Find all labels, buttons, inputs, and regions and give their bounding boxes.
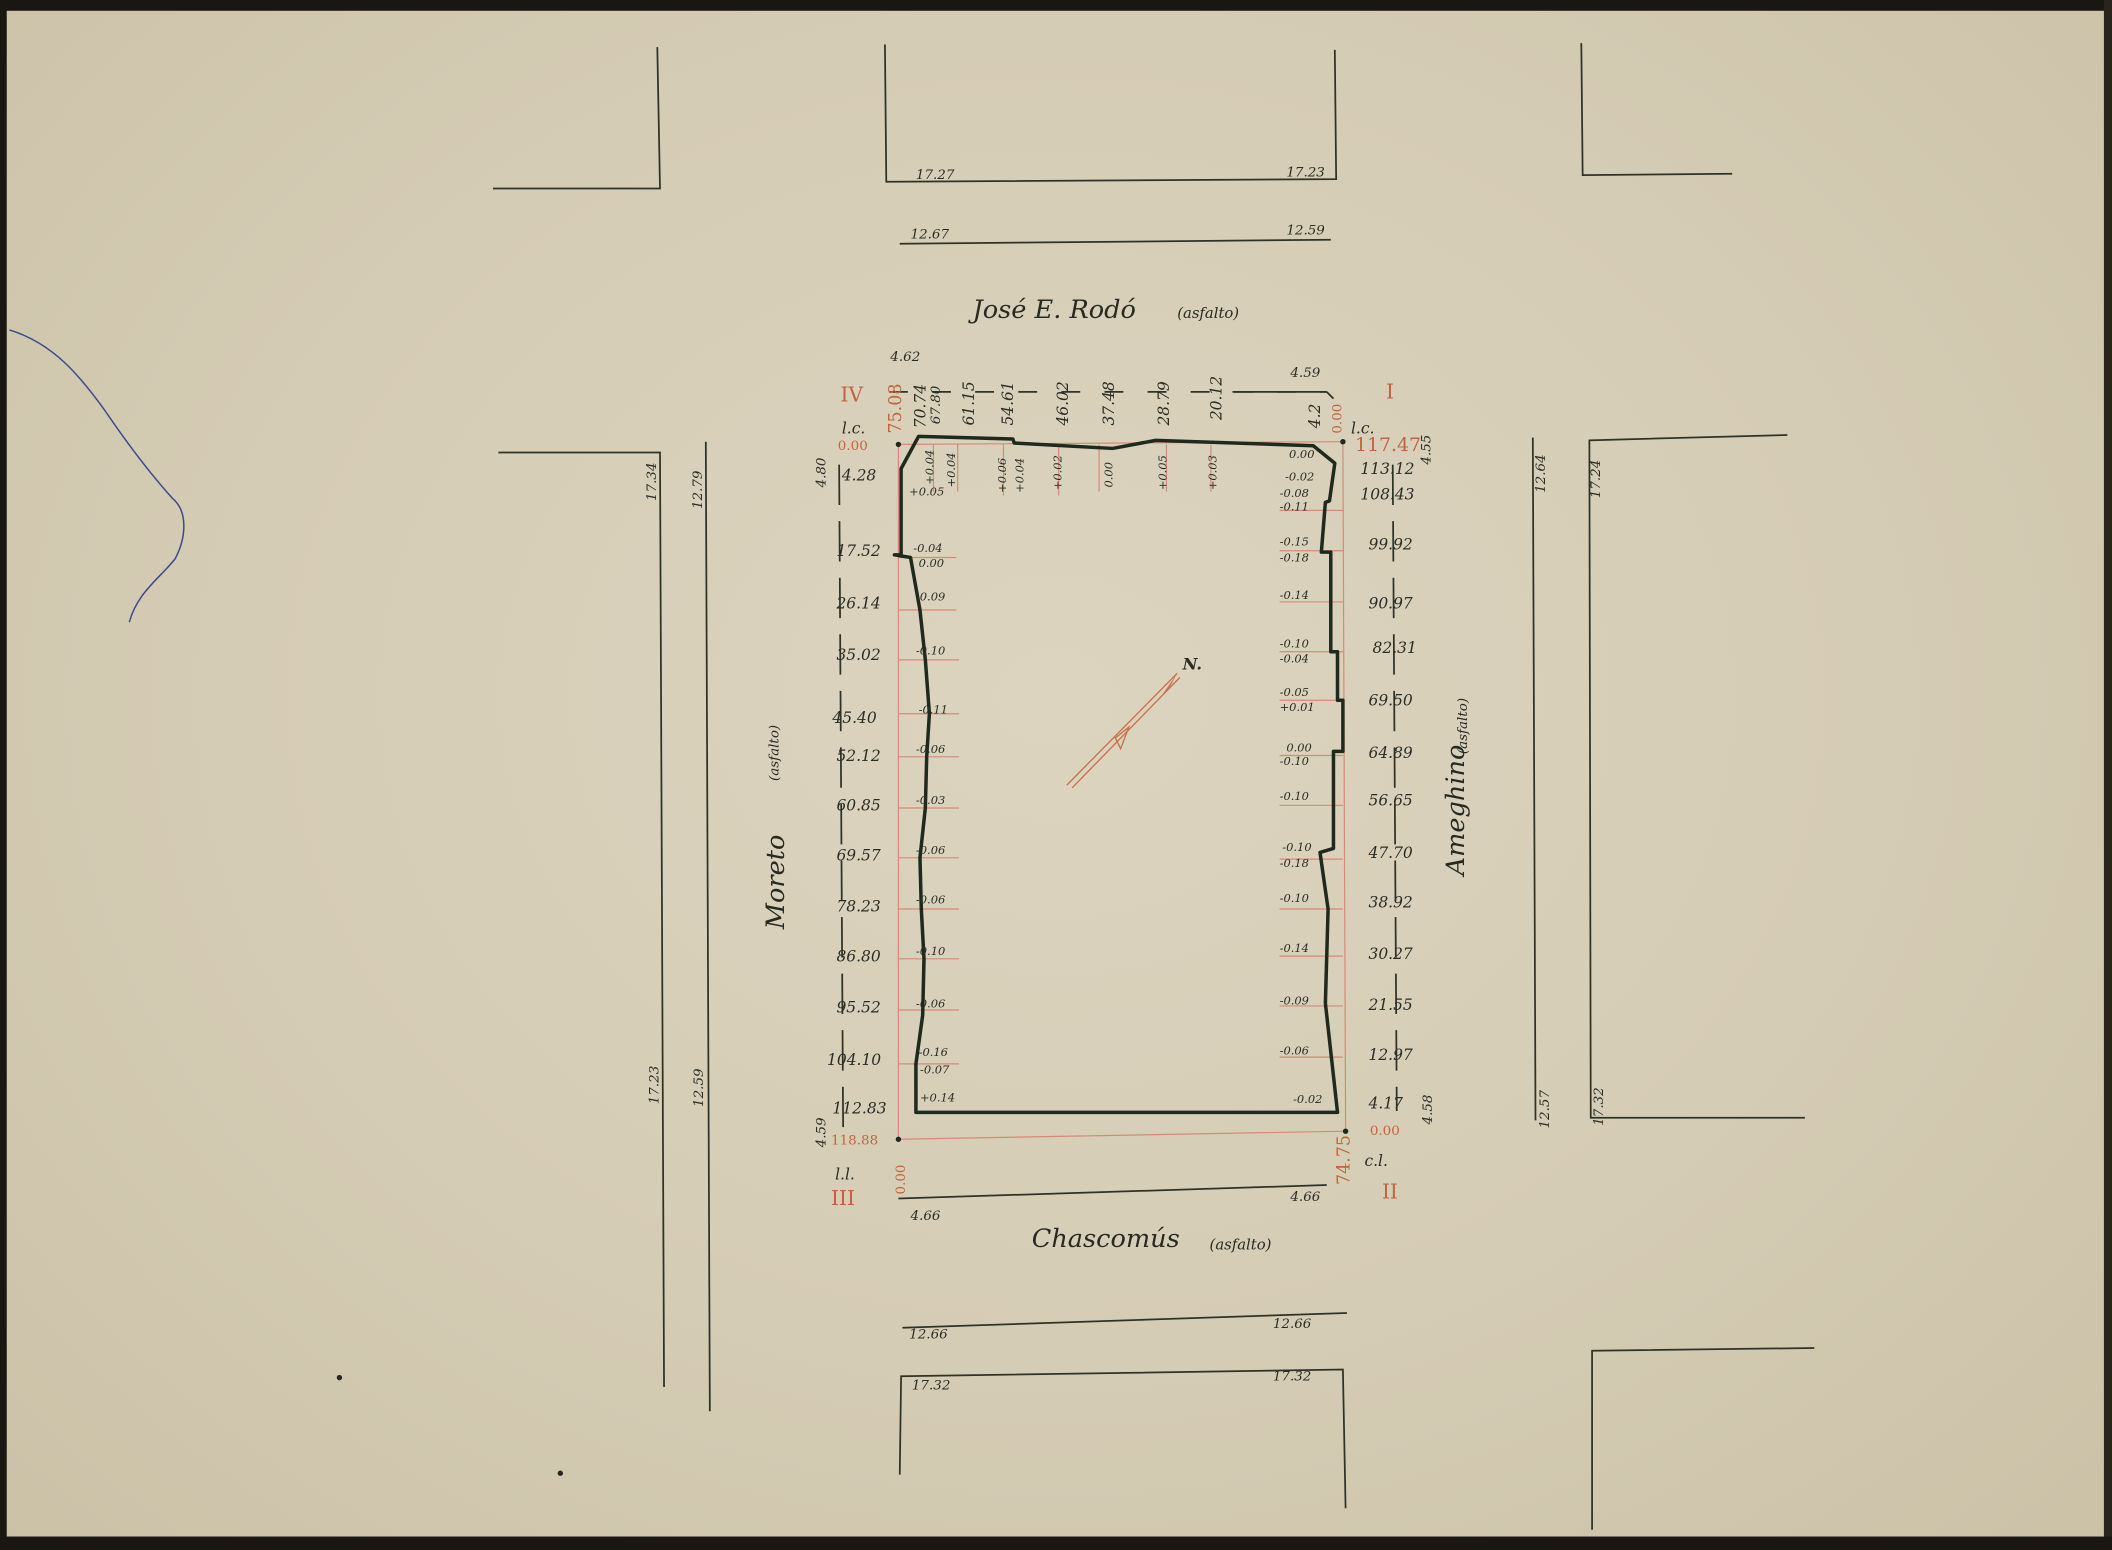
corner-dot-ii: [1343, 1128, 1348, 1133]
left-deviation: 0.00: [919, 556, 944, 570]
corner-iii-total: 118.88: [831, 1134, 878, 1149]
left-deviation: -0.09: [916, 590, 945, 604]
right-deviation: -0.15: [1280, 534, 1309, 548]
right-station: 30.27: [1368, 945, 1412, 963]
corner-label-iv: IV: [840, 382, 863, 406]
label-top-curb-left: 12.67: [911, 227, 950, 242]
label-bottom-curb-right: 12.66: [1273, 1317, 1312, 1332]
corner-label-iii: III: [831, 1186, 855, 1210]
right-deviation: -0.10: [1282, 840, 1311, 854]
corner-i-value: 0.00: [1331, 404, 1346, 434]
corner-ii-value: 0.00: [1370, 1124, 1400, 1139]
right-station: 69.50: [1368, 692, 1412, 710]
label-right-curb-bottom: 12.57: [1538, 1090, 1553, 1129]
right-deviation: -0.14: [1280, 588, 1309, 602]
bottom-baseline: 4.66 4.66: [898, 1185, 1326, 1224]
top-station-9: 4.2: [1306, 404, 1324, 430]
left-station: 95.52: [836, 999, 880, 1017]
street-surface-left: (asfalto): [768, 725, 783, 781]
block-top-middle: 17.27 17.23 12.67 12.59: [885, 44, 1336, 243]
label-right-front-top: 17.24: [1589, 460, 1604, 499]
right-deviation: -0.14: [1280, 941, 1309, 955]
label-bottom-front-right: 17.32: [1273, 1369, 1312, 1384]
top-station-2: 67.80: [929, 385, 944, 424]
right-deviation: -0.10: [1280, 789, 1309, 803]
label-right-front-bottom: 17.32: [1592, 1087, 1607, 1126]
right-deviation: +0.01: [1280, 700, 1315, 714]
left-deviation: -0.16: [919, 1045, 948, 1059]
left-station: 69.57: [836, 847, 880, 865]
left-deviation: +0.14: [920, 1091, 955, 1105]
bottom-left-width: 4.66: [910, 1209, 941, 1224]
right-station: 56.65: [1368, 791, 1412, 809]
corner-iv-line-label: l.c.: [842, 420, 865, 438]
right-deviation: -0.10: [1280, 754, 1309, 768]
top-right-width: 4.59: [1289, 366, 1320, 381]
label-top-front-left: 17.27: [916, 168, 955, 183]
left-station: 60.85: [836, 797, 880, 815]
right-deviation: -0.09: [1280, 994, 1309, 1008]
left-station: 78.23: [836, 898, 880, 916]
top-station-6: 37.48: [1100, 381, 1118, 425]
right-deviation: -0.10: [1280, 637, 1309, 651]
left-station: 112.83: [832, 1100, 886, 1118]
speck: [558, 1471, 563, 1476]
street-surface-right: (asfalto): [1456, 698, 1471, 754]
right-deviation: -0.02: [1293, 1092, 1322, 1106]
left-stations: 4.80 4.59 4.28 17.52 26.14 35.02 45.40 5…: [815, 457, 887, 1148]
street-surface-bottom: (asfalto): [1210, 1237, 1272, 1254]
survey-drawing: 17.27 17.23 12.67 12.59 José E. Rodó (as…: [0, 0, 2112, 1550]
right-station: 12.97: [1368, 1046, 1412, 1064]
corner-dot-i: [1340, 439, 1345, 444]
left-deviation: -0.04: [913, 541, 942, 555]
street-name-right: Ameghino: [1441, 745, 1471, 878]
left-deviation: -0.11: [919, 703, 948, 717]
top-left-width: 4.62: [889, 350, 920, 365]
street-name-bottom: Chascomús: [1032, 1224, 1180, 1254]
top-deviation: +0.03: [1205, 455, 1219, 490]
top-deviation: 0.00: [1289, 447, 1314, 461]
right-station: 108.43: [1360, 486, 1414, 504]
top-station-8: 20.12: [1208, 376, 1226, 421]
left-station: 52.12: [836, 747, 880, 765]
north-arrow-label: N.: [1182, 654, 1202, 673]
label-left-front-top: 17.34: [645, 462, 660, 501]
right-station: 82.31: [1373, 639, 1417, 657]
top-right-offset: 4.55: [1419, 435, 1434, 466]
left-deviation: -0.06: [916, 893, 945, 907]
frame-left: [0, 0, 7, 1550]
corner-ii-line-label: c.l.: [1364, 1152, 1387, 1170]
left-station: 4.28: [841, 467, 877, 485]
top-baseline: 4.62 4.59 70.74 67.80 61.15 54.61 46.02 …: [889, 350, 1333, 493]
right-station: 47.70: [1367, 844, 1412, 862]
corner-iv-value: 0.00: [838, 439, 868, 454]
right-deviation: -0.02: [1285, 470, 1314, 484]
right-stations: 4.58 113.12 108.43 99.92 90.97 82.31 69.…: [1360, 460, 1435, 1125]
corner-label-ii: II: [1382, 1180, 1398, 1204]
right-station: 38.92: [1368, 894, 1412, 912]
speck: [337, 1375, 342, 1380]
left-station: 17.52: [836, 542, 880, 560]
corner-iii-value: 0.00: [894, 1165, 909, 1195]
label-top-front-right: 17.23: [1286, 165, 1325, 180]
block-top-right: [1581, 43, 1732, 175]
right-deviation: -0.06: [1280, 1043, 1309, 1057]
label-left-curb-top: 12.79: [691, 470, 706, 509]
frame-right: [2104, 0, 2112, 1550]
top-deviation: +0.04: [944, 452, 958, 487]
label-top-curb-right: 12.59: [1286, 223, 1325, 238]
left-deviation: -0.06: [916, 742, 945, 756]
block-left: 17.34 12.79 17.23 12.59: [498, 442, 709, 1412]
right-deviations: -0.02 -0.08 -0.11 -0.15 -0.18 -0.14 -0.1…: [1280, 470, 1323, 1106]
left-deviations: +0.05 -0.04 0.00 -0.09 -0.10 -0.11 -0.06…: [909, 485, 955, 1105]
top-deviation: +0.06: [995, 458, 1009, 493]
left-deviation: -0.06: [916, 996, 945, 1010]
right-deviation: -0.10: [1280, 891, 1309, 905]
street-name-left: Moreto: [761, 835, 791, 931]
top-station-7: 28.79: [1155, 381, 1173, 426]
corner-iii-line-label: l.l.: [835, 1166, 855, 1184]
bottom-right-width: 4.66: [1289, 1190, 1320, 1205]
corner-iv-total: 75.08: [886, 384, 906, 434]
right-station: 90.97: [1368, 595, 1412, 613]
right-deviation: -0.18: [1280, 856, 1309, 870]
left-offset-bottom: 4.59: [815, 1117, 830, 1148]
top-deviation: +0.02: [1050, 455, 1064, 490]
parcel-outline: [894, 436, 1343, 1112]
right-station: 64.89: [1368, 744, 1412, 762]
top-station-5: 46.02: [1054, 381, 1072, 426]
block-right: 12.64 17.24 12.57 17.32: [1533, 435, 1805, 1129]
frame-bottom: [0, 1537, 2112, 1550]
label-bottom-curb-left: 12.66: [909, 1328, 948, 1343]
label-left-curb-bottom: 12.59: [692, 1068, 707, 1107]
label-right-curb-top: 12.64: [1534, 454, 1549, 493]
corner-dot-iii: [896, 1137, 901, 1142]
right-deviation: -0.08: [1280, 486, 1309, 500]
left-station: 26.14: [835, 595, 880, 613]
north-arrow-icon: N.: [1067, 654, 1202, 788]
block-bottom: 12.66 12.66 17.32 17.32: [900, 1313, 1815, 1530]
left-station: 104.10: [827, 1051, 881, 1069]
block-top-left: [493, 47, 660, 188]
top-deviation: +0.04: [922, 450, 936, 485]
street-surface-top: (asfalto): [1177, 305, 1239, 322]
top-deviation: +0.05: [1155, 455, 1169, 490]
frame-top: [0, 0, 2112, 11]
right-station: 113.12: [1360, 460, 1414, 478]
right-deviation: -0.05: [1280, 685, 1309, 699]
left-deviation: -0.06: [916, 843, 945, 857]
right-station: 4.17: [1367, 1094, 1403, 1112]
top-station-1: 70.74: [911, 384, 929, 428]
right-offset-bottom: 4.58: [1421, 1094, 1436, 1125]
street-name-top: José E. Rodó: [967, 295, 1135, 325]
left-deviation: -0.07: [920, 1062, 950, 1076]
left-deviation: -0.10: [916, 643, 945, 657]
top-station-3: 61.15: [960, 381, 978, 425]
right-deviation: -0.04: [1280, 652, 1309, 666]
top-right-total: 117.47: [1355, 435, 1421, 456]
corner-dot-iv: [896, 442, 901, 447]
right-deviation: 0.00: [1286, 740, 1311, 754]
top-deviation: +0.04: [1013, 458, 1027, 493]
right-deviation: -0.11: [1280, 499, 1309, 513]
left-deviation: -0.03: [916, 793, 945, 807]
left-deviation: -0.10: [916, 944, 945, 958]
left-station: 45.40: [831, 709, 876, 727]
left-station: 86.80: [836, 948, 880, 966]
label-left-front-bottom: 17.23: [648, 1066, 663, 1105]
right-station: 21.55: [1367, 996, 1412, 1014]
reference-grid: [898, 442, 1345, 1140]
top-station-4: 54.61: [999, 381, 1017, 425]
corner-ii-total: 74.75: [1335, 1135, 1355, 1185]
label-bottom-front-left: 17.32: [912, 1379, 951, 1394]
right-station: 99.92: [1368, 535, 1412, 553]
left-offset-top: 4.80: [815, 457, 830, 488]
right-deviation: -0.18: [1280, 551, 1309, 565]
left-station: 35.02: [836, 646, 880, 664]
survey-plan-sheet: 17.27 17.23 12.67 12.59 José E. Rodó (as…: [0, 0, 2112, 1550]
top-deviation: 0.00: [1102, 462, 1116, 487]
blue-pencil-mark: [9, 330, 183, 622]
corner-label-i: I: [1386, 380, 1394, 404]
left-deviation: +0.05: [909, 485, 944, 499]
